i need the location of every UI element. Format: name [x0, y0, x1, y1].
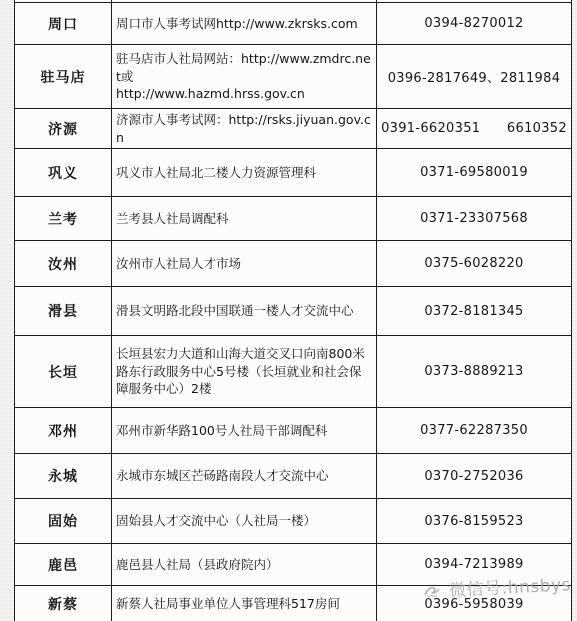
table-row: 邓州 邓州市新华路100号人社局干部调配科 0377-62287350: [15, 408, 571, 454]
phone-cell: 0396-2817649、2811984: [377, 45, 571, 108]
table-row: 长垣 长垣县宏力大道和山海大道交叉口向南800米路东行政服务中心5号楼（长垣就业…: [15, 336, 571, 408]
phone-cell: 0371-23307568: [377, 197, 571, 240]
table-row: 滑县 滑县文明路北段中国联通一楼人才交流中心 0372-8181345: [15, 287, 571, 336]
cutoff-phone-cell: [377, 0, 571, 2]
city-cell: 长垣: [15, 336, 112, 407]
phone-cell: 0371-69580019: [377, 149, 571, 196]
city-cell: 邓州: [15, 408, 112, 453]
phone-cell: 0370-2752036: [377, 454, 571, 498]
address-cell: 滑县文明路北段中国联通一楼人才交流中心: [112, 287, 377, 335]
address-cell: 巩义市人社局北二楼人力资源管理科: [112, 149, 377, 196]
table-row: 巩义 巩义市人社局北二楼人力资源管理科 0371-69580019: [15, 149, 571, 197]
cutoff-city-cell: [15, 0, 112, 2]
cutoff-address-cell: [112, 0, 377, 2]
city-cell: 汝州: [15, 241, 112, 286]
city-cell: 巩义: [15, 149, 112, 196]
contact-table: 周口 周口市人事考试网http://www.zkrsks.com 0394-82…: [14, 0, 572, 621]
phone-cell: 0375-6028220: [377, 241, 571, 286]
screenshot-page: 周口 周口市人事考试网http://www.zkrsks.com 0394-82…: [0, 0, 577, 621]
table-row: 济源 济源市人事考试网：http://rsks.jiyuan.gov.cn 03…: [15, 109, 571, 149]
address-cell: 鹿邑县人社局（县政府院内）: [112, 544, 377, 585]
table-row: 驻马店 驻马店市人社局网站：http://www.zmdrc.net或 http…: [15, 45, 571, 109]
address-cell: 新蔡人社局事业单位人事管理科517房间: [112, 586, 377, 621]
city-cell: 周口: [15, 3, 112, 44]
address-cell: 邓州市新华路100号人社局干部调配科: [112, 408, 377, 453]
city-cell: 滑县: [15, 287, 112, 335]
address-cell: 固始县人才交流中心（人社局一楼）: [112, 499, 377, 543]
phone-cell: 0396-5958039: [377, 586, 571, 621]
table-row: 永城 永城市东城区芒砀路南段人才交流中心 0370-2752036: [15, 454, 571, 499]
table-row: 汝州 汝州市人社局人才市场 0375-6028220: [15, 241, 571, 287]
phone-cell: 0372-8181345: [377, 287, 571, 335]
phone-cell: 0376-8159523: [377, 499, 571, 543]
city-cell: 固始: [15, 499, 112, 543]
address-cell: 永城市东城区芒砀路南段人才交流中心: [112, 454, 377, 498]
address-cell: 长垣县宏力大道和山海大道交叉口向南800米路东行政服务中心5号楼（长垣就业和社会…: [112, 336, 377, 407]
phone-cell: 0373-8889213: [377, 336, 571, 407]
table-row: 兰考 兰考县人社局调配科 0371-23307568: [15, 197, 571, 241]
table-row: 固始 固始县人才交流中心（人社局一楼） 0376-8159523: [15, 499, 571, 544]
phone-cell: 0394-8270012: [377, 3, 571, 44]
phone-cell: 0391-6620351 6610352: [377, 109, 571, 148]
city-cell: 兰考: [15, 197, 112, 240]
address-cell: 汝州市人社局人才市场: [112, 241, 377, 286]
city-cell: 新蔡: [15, 586, 112, 621]
phone-cell: 0377-62287350: [377, 408, 571, 453]
table-row: 周口 周口市人事考试网http://www.zkrsks.com 0394-82…: [15, 3, 571, 45]
phone-cell: 0394-7213989: [377, 544, 571, 585]
address-cell: 济源市人事考试网：http://rsks.jiyuan.gov.cn: [112, 109, 377, 148]
city-cell: 鹿邑: [15, 544, 112, 585]
address-cell: 周口市人事考试网http://www.zkrsks.com: [112, 3, 377, 44]
city-cell: 永城: [15, 454, 112, 498]
city-cell: 济源: [15, 109, 112, 148]
address-cell: 兰考县人社局调配科: [112, 197, 377, 240]
address-cell: 驻马店市人社局网站：http://www.zmdrc.net或 http://w…: [112, 45, 377, 108]
table-row: 鹿邑 鹿邑县人社局（县政府院内） 0394-7213989: [15, 544, 571, 586]
table-row: 新蔡 新蔡人社局事业单位人事管理科517房间 0396-5958039: [15, 586, 571, 621]
city-cell: 驻马店: [15, 45, 112, 108]
